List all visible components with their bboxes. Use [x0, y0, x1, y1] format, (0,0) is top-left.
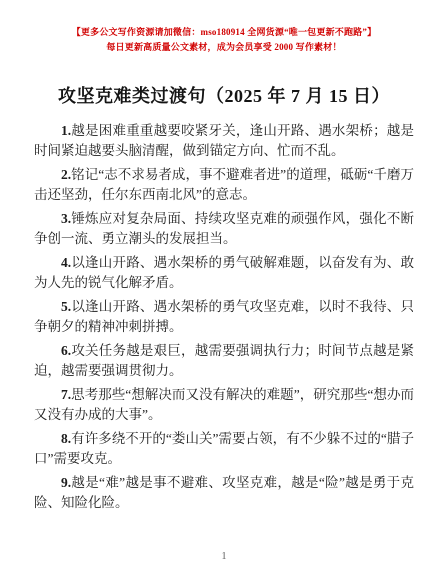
list-item-3: 3.锤炼应对复杂局面、持续攻坚克难的顽强作风，强化不断争创一流、勇立潮头的发展担…	[34, 209, 414, 248]
list-item-1: 1.越是困难重重越要咬紧牙关，逢山开路、遇水架桥；越是时间紧迫越要头脑清醒，做到…	[34, 121, 414, 160]
header-ad-banner: 【更多公文写作资源请加微信：mso180914 全网货源“唯一包更新不跑路”】 …	[0, 0, 448, 55]
list-item-9: 9.越是“难”越是事不避难、攻坚克难，越是“险”越是勇于克险、知险化险。	[34, 473, 414, 512]
document-body: 1.越是困难重重越要咬紧牙关，逢山开路、遇水架桥；越是时间紧迫越要头脑清醒，做到…	[0, 108, 448, 512]
item-number: 1.	[61, 123, 71, 138]
list-item-7: 7.思考那些“想解决而又没有解决的难题”，研究那些“想办而又没有办成的大事”。	[34, 385, 414, 424]
item-number: 6.	[61, 343, 71, 358]
page-number: 1	[0, 551, 448, 562]
list-item-4: 4.以逢山开路、遇水架桥的勇气破解难题，以奋发有为、敢为人先的锐气化解矛盾。	[34, 253, 414, 292]
document-page: 【更多公文写作资源请加微信：mso180914 全网货源“唯一包更新不跑路”】 …	[0, 0, 448, 580]
item-text: 以逢山开路、遇水架桥的勇气攻坚克难，以时不我待、只争朝夕的精神冲刺拼搏。	[34, 299, 414, 334]
item-number: 9.	[61, 475, 71, 490]
item-text: 越是“难”越是事不避难、攻坚克难，越是“险”越是勇于克险、知险化险。	[34, 475, 414, 510]
list-item-6: 6.攻关任务越是艰巨，越需要强调执行力；时间节点越是紧迫，越需要强调贯彻力。	[34, 341, 414, 380]
list-item-8: 8.有许多绕不开的“娄山关”需要占领，有不少躲不过的“腊子口”需要攻克。	[34, 429, 414, 468]
page-title: 攻坚克难类过渡句（2025 年 7 月 15 日）	[24, 84, 424, 108]
item-number: 5.	[61, 299, 71, 314]
item-number: 3.	[61, 211, 71, 226]
item-text: 思考那些“想解决而又没有解决的难题”，研究那些“想办而又没有办成的大事”。	[34, 387, 414, 422]
item-number: 8.	[61, 431, 71, 446]
list-item-2: 2.铭记“志不求易者成，事不避难者进”的道理，砥砺“千磨万击还坚劲，任尔东西南北…	[34, 165, 414, 204]
item-text: 越是困难重重越要咬紧牙关，逢山开路、遇水架桥；越是时间紧迫越要头脑清醒，做到锚定…	[34, 123, 414, 158]
item-number: 7.	[61, 387, 71, 402]
item-number: 2.	[61, 167, 71, 182]
item-text: 锤炼应对复杂局面、持续攻坚克难的顽强作风，强化不断争创一流、勇立潮头的发展担当。	[34, 211, 414, 246]
item-text: 有许多绕不开的“娄山关”需要占领，有不少躲不过的“腊子口”需要攻克。	[34, 431, 414, 466]
item-number: 4.	[61, 255, 71, 270]
list-item-5: 5.以逢山开路、遇水架桥的勇气攻坚克难，以时不我待、只争朝夕的精神冲刺拼搏。	[34, 297, 414, 336]
item-text: 攻关任务越是艰巨，越需要强调执行力；时间节点越是紧迫，越需要强调贯彻力。	[34, 343, 414, 378]
ad-line-1: 【更多公文写作资源请加微信：mso180914 全网货源“唯一包更新不跑路”】	[0, 25, 448, 40]
item-text: 铭记“志不求易者成，事不避难者进”的道理，砥砺“千磨万击还坚劲，任尔东西南北风”…	[34, 167, 414, 202]
ad-line-2: 每日更新高质量公文素材，成为会员享受 2000 写作素材！	[0, 40, 448, 55]
item-text: 以逢山开路、遇水架桥的勇气破解难题，以奋发有为、敢为人先的锐气化解矛盾。	[34, 255, 414, 290]
